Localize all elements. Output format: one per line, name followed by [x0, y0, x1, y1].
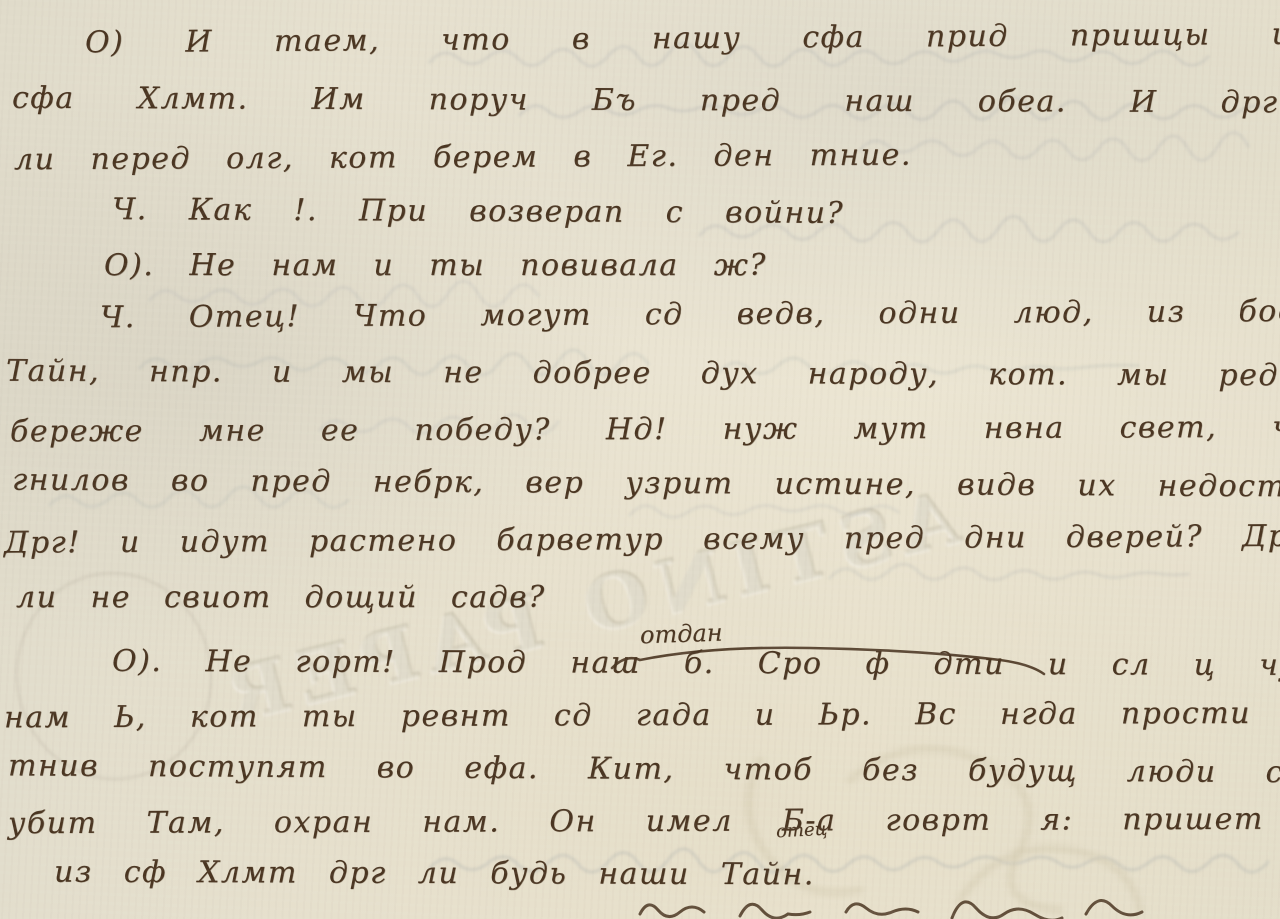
handwritten-line: убит Там, охран нам. Он имел Б-а говрт я… [8, 805, 1264, 839]
handwritten-line: О) И таем, что в нашу сфа прид пришцы из [85, 20, 1280, 59]
handwritten-line: сфа Хлмт. Им поруч Бъ пред наш обеа. И д… [12, 84, 1279, 118]
handwritten-line: О). Не горт! Прод наш б. Сро ф дти и сл … [112, 647, 1280, 681]
interlinear-insertion: отец [775, 819, 827, 843]
handwritten-line: Тайн, нпр. и мы не добрее дух народу, ко… [6, 357, 1280, 392]
handwritten-line: из сф Хлмт дрг ли будь наши Тайн. [54, 858, 815, 891]
handwritten-line: ли не свиот дощий садв? [16, 583, 546, 613]
handwritten-line: Ч. Отец! Что могут сд ведв, одни люд, из… [100, 297, 1280, 333]
handwritten-line: тнив поступят во ефа. Кит, чтоб без буду… [8, 751, 1280, 788]
manuscript-page: ASTINO PAPER О) И таем, что в нашу сфа п… [0, 0, 1280, 919]
handwritten-line: береже мне ее победу? Нд! нуж мут нвна с… [10, 413, 1280, 448]
handwritten-line: О). Не нам и ты повивала ж? [104, 251, 767, 281]
handwritten-line: нам Ь, кот ты ревнт сд гада и Ьр. Вс нгд… [4, 699, 1280, 734]
handwritten-line: ли перед олг, кот берем в Ег. ден тние. [14, 141, 912, 176]
handwritten-line: Ч. Как !. При возверап с войни? [112, 195, 844, 229]
handwritten-line: Дрг! и идут растено барветур всему пред … [4, 521, 1280, 558]
interlinear-insertion: отдан [640, 619, 723, 650]
handwritten-line: гнилов во пред небрк, вер узрит истине, … [12, 466, 1280, 503]
